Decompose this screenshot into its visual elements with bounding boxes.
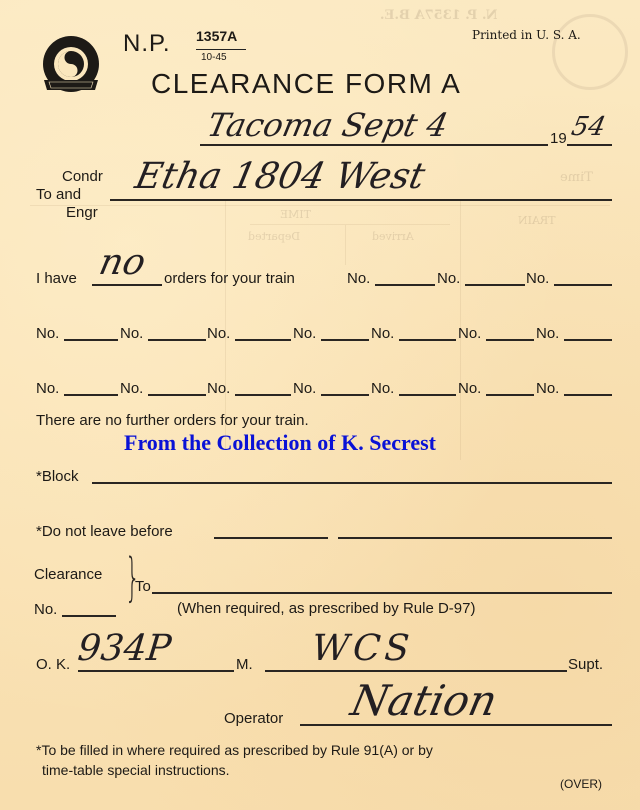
train-no-label: No. bbox=[458, 380, 481, 397]
year-prefix: 19 bbox=[550, 130, 567, 147]
train-no-field[interactable] bbox=[148, 394, 206, 396]
bleed-through-rule bbox=[345, 225, 346, 265]
bleed-through-text: Arrived bbox=[372, 230, 414, 243]
train-no-label: No. bbox=[207, 380, 230, 397]
bleed-through-text: Time bbox=[560, 170, 593, 185]
year-value: 54 bbox=[569, 112, 608, 142]
order-count-value: no bbox=[96, 242, 150, 283]
train-no-field[interactable] bbox=[64, 394, 118, 396]
printed-in-label: Printed in U. S. A. bbox=[472, 28, 581, 42]
train-no-label: No. bbox=[526, 270, 549, 287]
train-no-label: No. bbox=[437, 270, 460, 287]
ok-time-value: 934P bbox=[76, 628, 173, 669]
operator-signature: Nation bbox=[347, 676, 502, 725]
bleed-through-rule bbox=[250, 224, 450, 225]
clearance-no-label: No. bbox=[34, 601, 57, 618]
train-no-field[interactable] bbox=[564, 339, 612, 341]
form-number-divider bbox=[196, 49, 246, 50]
train-no-field[interactable] bbox=[564, 394, 612, 396]
railroad-prefix: N.P. bbox=[123, 30, 171, 58]
block-label: *Block bbox=[36, 468, 79, 485]
train-no-label: No. bbox=[207, 325, 230, 342]
m-label: M. bbox=[236, 656, 253, 673]
train-no-field[interactable] bbox=[235, 394, 291, 396]
train-no-field[interactable] bbox=[321, 339, 369, 341]
addressee-value: Etha 1804 West bbox=[132, 156, 429, 197]
bleed-through-text: TRAIN bbox=[518, 214, 556, 227]
order-count-field-line bbox=[92, 284, 162, 286]
clearance-rule-note: (When required, as prescribed by Rule D-… bbox=[177, 600, 475, 617]
do-not-leave-time-field[interactable] bbox=[214, 537, 328, 539]
clearance-form-document: TIME Departed Arrived TRAIN Time N. P. 1… bbox=[0, 0, 640, 810]
train-no-label: No. bbox=[120, 380, 143, 397]
supt-label: Supt. bbox=[568, 656, 603, 673]
train-no-label: No. bbox=[36, 380, 59, 397]
addressee-field-line bbox=[110, 199, 612, 201]
bleed-through-rule bbox=[30, 205, 610, 206]
collection-watermark: From the Collection of K. Secrest bbox=[124, 430, 436, 456]
train-no-field[interactable] bbox=[486, 394, 534, 396]
train-no-label: No. bbox=[347, 270, 370, 287]
form-revision: 10-45 bbox=[201, 52, 227, 63]
form-title: CLEARANCE FORM A bbox=[151, 68, 461, 100]
train-no-field[interactable] bbox=[399, 339, 456, 341]
over-label: (OVER) bbox=[560, 777, 602, 791]
orders-for-label: orders for your train bbox=[164, 270, 295, 287]
train-no-label: No. bbox=[371, 325, 394, 342]
ok-label: O. K. bbox=[36, 656, 70, 673]
train-no-field[interactable] bbox=[64, 339, 118, 341]
train-no-field[interactable] bbox=[375, 284, 435, 286]
bleed-through-text: TIME bbox=[280, 208, 311, 221]
train-no-field[interactable] bbox=[235, 339, 291, 341]
form-number: 1357A bbox=[196, 28, 237, 44]
do-not-leave-place-field[interactable] bbox=[338, 537, 612, 539]
supt-field-line bbox=[265, 670, 567, 672]
do-not-leave-label: *Do not leave before bbox=[36, 523, 173, 540]
clearance-label: Clearance bbox=[34, 566, 102, 583]
train-no-field[interactable] bbox=[321, 394, 369, 396]
train-no-field[interactable] bbox=[465, 284, 525, 286]
train-no-label: No. bbox=[120, 325, 143, 342]
train-no-label: No. bbox=[371, 380, 394, 397]
to-and-label: To and bbox=[36, 186, 81, 203]
bleed-through-text: Departed bbox=[248, 230, 300, 243]
train-no-field[interactable] bbox=[148, 339, 206, 341]
bleed-through-text: N. P. 1357A B.E. bbox=[380, 8, 498, 23]
train-no-label: No. bbox=[293, 380, 316, 397]
train-no-label: No. bbox=[36, 325, 59, 342]
train-no-field[interactable] bbox=[554, 284, 612, 286]
no-further-orders-text: There are no further orders for your tra… bbox=[36, 412, 309, 429]
supt-initials-value: WCS bbox=[311, 628, 415, 669]
engr-label: Engr bbox=[66, 204, 98, 221]
train-no-label: No. bbox=[536, 380, 559, 397]
train-no-label: No. bbox=[293, 325, 316, 342]
bleed-through-logo-icon bbox=[552, 14, 628, 90]
year-field-line bbox=[567, 144, 612, 146]
footnote-line-2: time-table special instructions. bbox=[42, 762, 230, 778]
train-no-label: No. bbox=[536, 325, 559, 342]
clearance-to-label: To bbox=[135, 578, 151, 595]
footnote-line-1: *To be filled in where required as presc… bbox=[36, 742, 433, 758]
train-no-field[interactable] bbox=[486, 339, 534, 341]
place-date-field-line bbox=[200, 144, 548, 146]
i-have-label: I have bbox=[36, 270, 77, 287]
clearance-to-field[interactable] bbox=[152, 592, 612, 594]
northern-pacific-logo-icon bbox=[40, 34, 102, 96]
operator-label: Operator bbox=[224, 710, 283, 727]
train-no-field[interactable] bbox=[399, 394, 456, 396]
condr-label: Condr bbox=[62, 168, 103, 185]
ok-time-field-line bbox=[78, 670, 234, 672]
train-no-label: No. bbox=[458, 325, 481, 342]
block-field[interactable] bbox=[92, 482, 612, 484]
place-date-value: Tacoma Sept 4 bbox=[204, 106, 452, 144]
clearance-no-field[interactable] bbox=[62, 615, 116, 617]
